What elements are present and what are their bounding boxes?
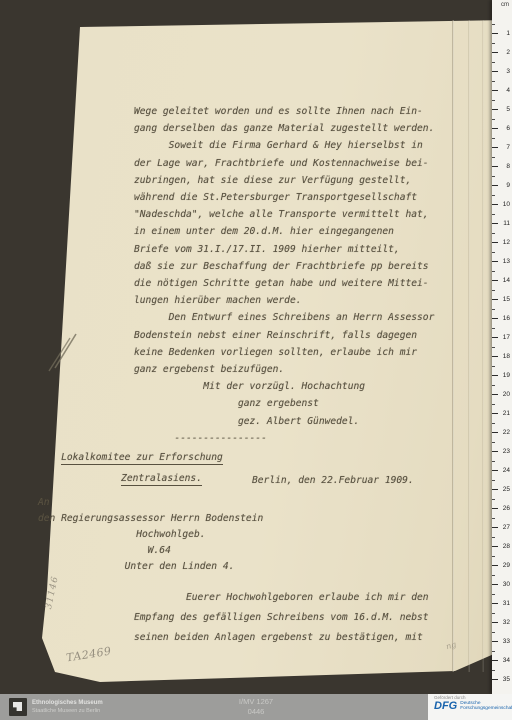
- ruler-number: 27: [498, 524, 510, 531]
- typed-line: lungen hierüber machen werde.: [134, 292, 434, 309]
- ruler-tick-half: [492, 328, 495, 329]
- ruler-number: 29: [498, 562, 510, 569]
- ruler-number: 2: [498, 49, 510, 56]
- typed-line: Wege geleitet worden und es sollte Ihnen…: [134, 103, 434, 120]
- typed-line: keine Bedenken vorliegen sollten, erlaub…: [134, 344, 434, 361]
- typed-line: Unter den Linden 4.: [38, 559, 263, 575]
- ruler-tick-half: [492, 385, 495, 386]
- ruler-number: 19: [498, 372, 510, 379]
- ruler-tick-half: [492, 499, 495, 500]
- ruler-tick-half: [492, 43, 495, 44]
- ruler-number: 15: [498, 296, 510, 303]
- ruler-number: 6: [498, 125, 510, 132]
- ruler-number: 13: [498, 258, 510, 265]
- ruler-number: 30: [498, 581, 510, 588]
- letter-opening-text: Euerer Hochwohlgeboren erlaube ich mir d…: [134, 588, 429, 648]
- ruler-tick-half: [492, 670, 495, 671]
- ruler-tick-half: [492, 461, 495, 462]
- ruler-tick-half: [492, 290, 495, 291]
- typed-line: ganz ergebenst: [134, 395, 434, 412]
- recipient-address: Anden Regierungsassessor Herrn Bodenstei…: [38, 495, 263, 575]
- ruler-number: 10: [498, 201, 510, 208]
- ruler-number: 8: [498, 163, 510, 170]
- ruler-tick-half: [492, 119, 495, 120]
- ruler-tick-half: [492, 404, 495, 405]
- ruler-number: 20: [498, 391, 510, 398]
- typed-line: der Lage war, Frachtbriefe und Kostennac…: [134, 155, 434, 172]
- ruler-tick-half: [492, 271, 495, 272]
- ruler-number: 11: [498, 220, 510, 227]
- footer-bar: Ethnologisches Museum Staatliche Museen …: [0, 694, 512, 720]
- typed-line: W.64: [38, 543, 263, 559]
- ruler-number: 32: [498, 619, 510, 626]
- ruler-tick-half: [492, 537, 495, 538]
- typed-line: Den Entwurf eines Schreibens an Herrn As…: [134, 309, 434, 326]
- ruler-tick-half: [492, 100, 495, 101]
- ruler-number: 16: [498, 315, 510, 322]
- typed-line: Mit der vorzügl. Hochachtung: [134, 378, 434, 395]
- ruler-number: 28: [498, 543, 510, 550]
- typed-line: während die St.Petersburger Transportges…: [134, 189, 434, 206]
- funder-logo-block: Gefördert durch DFG Deutsche Forschungsg…: [428, 694, 512, 720]
- committee-heading-line2: Zentralasiens.: [98, 462, 202, 495]
- typed-line: in einem unter dem 20.d.M. hier eingegan…: [134, 223, 434, 240]
- ruler-number: 1: [498, 30, 510, 37]
- dateline: Berlin, den 22.Februar 1909.: [252, 475, 414, 486]
- ruler-tick-half: [492, 613, 495, 614]
- typed-line: Euerer Hochwohlgeboren erlaube ich mir d…: [134, 588, 429, 608]
- ruler-number: 31: [498, 600, 510, 607]
- ruler-tick-half: [492, 480, 495, 481]
- typed-line: die nötigen Schritte getan habe und weit…: [134, 275, 434, 292]
- funder-full-name: Deutsche Forschungsgemeinschaft: [460, 701, 500, 711]
- ruler-tick-half: [492, 62, 495, 63]
- ruler-tick-half: [492, 575, 495, 576]
- ruler-tick-half: [492, 138, 495, 139]
- typed-line: zubringen, hat sie diese zur Verfügung g…: [134, 172, 434, 189]
- ruler-tick-half: [492, 347, 495, 348]
- ruler-tick-half: [492, 632, 495, 633]
- ruler-tick-half: [492, 195, 495, 196]
- typed-line: "Nadeschda", welche alle Transporte verm…: [134, 206, 434, 223]
- letter-body-text: Wege geleitet worden und es sollte Ihnen…: [134, 103, 434, 447]
- typed-line: Soweit die Firma Gerhard & Hey hierselbs…: [134, 137, 434, 154]
- typed-line: Empfang des gefälligen Schreibens vom 16…: [134, 608, 429, 628]
- ruler-tick-half: [492, 556, 495, 557]
- ruler-number: 33: [498, 638, 510, 645]
- typed-line: gang derselben das ganze Material zugest…: [134, 120, 434, 137]
- ruler-tick-half: [492, 442, 495, 443]
- ruler-tick-half: [492, 24, 495, 25]
- ruler-tick-half: [492, 233, 495, 234]
- ruler-number: 23: [498, 448, 510, 455]
- dfg-abbreviation: DFG: [434, 700, 457, 712]
- ruler-tick-half: [492, 518, 495, 519]
- scanned-document-view: Wege geleitet worden und es sollte Ihnen…: [0, 0, 512, 720]
- ruler-number: 22: [498, 429, 510, 436]
- ruler-number: 26: [498, 505, 510, 512]
- typed-line: Briefe vom 31.I./17.II. 1909 hierher mit…: [134, 241, 434, 258]
- ruler: cm 1234567891011121314151617181920212223…: [492, 0, 512, 694]
- ruler-number: 35: [498, 676, 510, 683]
- ruler-tick-half: [492, 309, 495, 310]
- ruler-number: 9: [498, 182, 510, 189]
- ruler-number: 25: [498, 486, 510, 493]
- pencil-double-slash-mark: [48, 328, 82, 372]
- ruler-number: 18: [498, 353, 510, 360]
- ruler-unit-label: cm: [501, 2, 509, 8]
- typed-line: ganz ergebenst beizufügen.: [134, 361, 434, 378]
- ruler-number: 24: [498, 467, 510, 474]
- ruler-number: 4: [498, 87, 510, 94]
- committee-name-sub: Zentralasiens.: [121, 473, 202, 486]
- ruler-tick-half: [492, 252, 495, 253]
- ruler-tick-half: [492, 594, 495, 595]
- ruler-number: 34: [498, 657, 510, 664]
- ruler-number: 5: [498, 106, 510, 113]
- typed-line: seinen beiden Anlagen ergebenst zu bestä…: [134, 628, 429, 648]
- ruler-number: 14: [498, 277, 510, 284]
- ruler-number: 3: [498, 68, 510, 75]
- ruler-tick-half: [492, 214, 495, 215]
- typed-line: Hochwohlgeb.: [38, 527, 263, 543]
- ruler-number: 17: [498, 334, 510, 341]
- ruler-tick-half: [492, 176, 495, 177]
- typed-line: den Regierungsassessor Herrn Bodenstein: [38, 511, 263, 527]
- typed-line: An: [38, 495, 263, 511]
- dfg-logo: DFG Deutsche Forschungsgemeinschaft: [434, 700, 512, 712]
- ruler-tick-half: [492, 157, 495, 158]
- typed-line: gez. Albert Günwedel.: [134, 413, 434, 430]
- ruler-tick-half: [492, 366, 495, 367]
- typed-line: Bodenstein nebst einer Reinschrift, fall…: [134, 327, 434, 344]
- ruler-number: 7: [498, 144, 510, 151]
- typed-line: daß sie zur Beschaffung der Frachtbriefe…: [134, 258, 434, 275]
- ruler-tick-half: [492, 651, 495, 652]
- ruler-tick-half: [492, 423, 495, 424]
- ruler-tick-half: [492, 81, 495, 82]
- ruler-number: 12: [498, 239, 510, 246]
- ruler-number: 21: [498, 410, 510, 417]
